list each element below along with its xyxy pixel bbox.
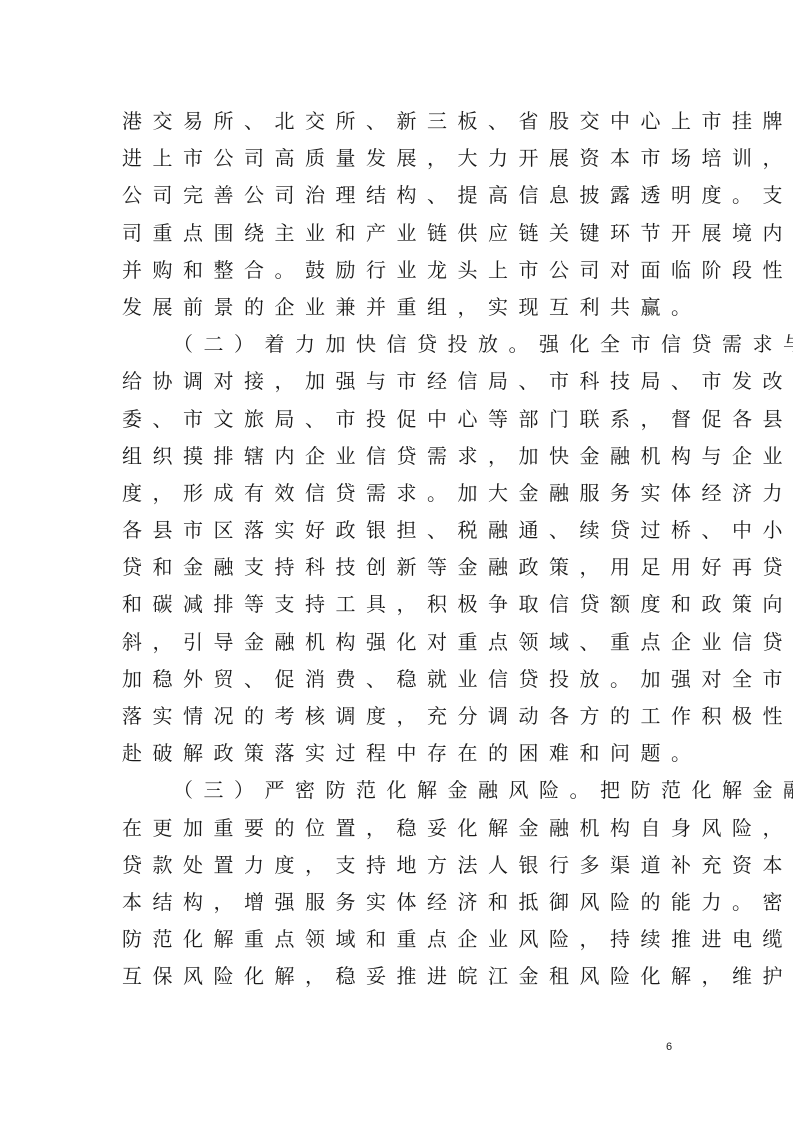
text-line: 给协调对接，加强与市经信局、市科技局、市发改委、市农 [122,363,682,400]
text-line: 贷和金融支持科技创新等金融政策，用足用好再贷款再贴现 [122,549,682,586]
text-line: 港交易所、北交所、新三板、省股交中心上市挂牌发展。促 [122,103,682,140]
text-line: 加稳外贸、促消费、稳就业信贷投放。加强对全市金融政策 [122,661,682,698]
text-line: 在更加重要的位置，稳妥化解金融机构自身风险，加大不良 [122,810,682,847]
text-line: 贷款处置力度，支持地方法人银行多渠道补充资本，优化资 [122,847,682,884]
body-text: 港交易所、北交所、新三板、省股交中心上市挂牌发展。促 进上市公司高质量发展，大力… [122,103,682,996]
text-line: 和碳减排等支持工具，积极争取信贷额度和政策向我市倾 [122,586,682,623]
text-line: 司重点围绕主业和产业链供应链关键环节开展境内外投资 [122,215,682,252]
text-line: 委、市文旅局、市投促中心等部门联系，督促各县市区按月 [122,401,682,438]
document-page: 港交易所、北交所、新三板、省股交中心上市挂牌发展。促 进上市公司高质量发展，大力… [0,0,793,1122]
text-line: 组织摸排辖内企业信贷需求，加快金融机构与企业对接进 [122,438,682,475]
page-number: 6 [666,1041,672,1053]
text-line: 并购和整合。鼓励行业龙头上市公司对面临阶段性困难但有 [122,252,682,289]
text-line: 发展前景的企业兼并重组，实现互利共赢。 [122,289,682,326]
text-line: 防范化解重点领域和重点企业风险，持续推进电缆行业联保 [122,921,682,958]
text-line: 各县市区落实好政银担、税融通、续贷过桥、中小企业信用 [122,512,682,549]
text-line: 本结构，增强服务实体经济和抵御风险的能力。密切关注和 [122,884,682,921]
section-heading-line: （二）着力加快信贷投放。强化全市信贷需求与金融供 [122,326,682,363]
section-heading-line: （三）严密防范化解金融风险。把防范化解金融风险放 [122,772,682,809]
text-line: 赴破解政策落实过程中存在的困难和问题。 [122,735,682,772]
text-line: 度，形成有效信贷需求。加大金融服务实体经济力度，督促 [122,475,682,512]
text-line: 互保风险化解，稳妥推进皖江金租风险化解，维护区域金融 [122,958,682,995]
text-line: 进上市公司高质量发展，大力开展资本市场培训，引导上市 [122,140,682,177]
text-line: 落实情况的考核调度，充分调动各方的工作积极性，全力以 [122,698,682,735]
text-line: 斜，引导金融机构强化对重点领域、重点企业信贷支持，增 [122,624,682,661]
text-line: 公司完善公司治理结构、提高信息披露透明度。支持上市公 [122,177,682,214]
